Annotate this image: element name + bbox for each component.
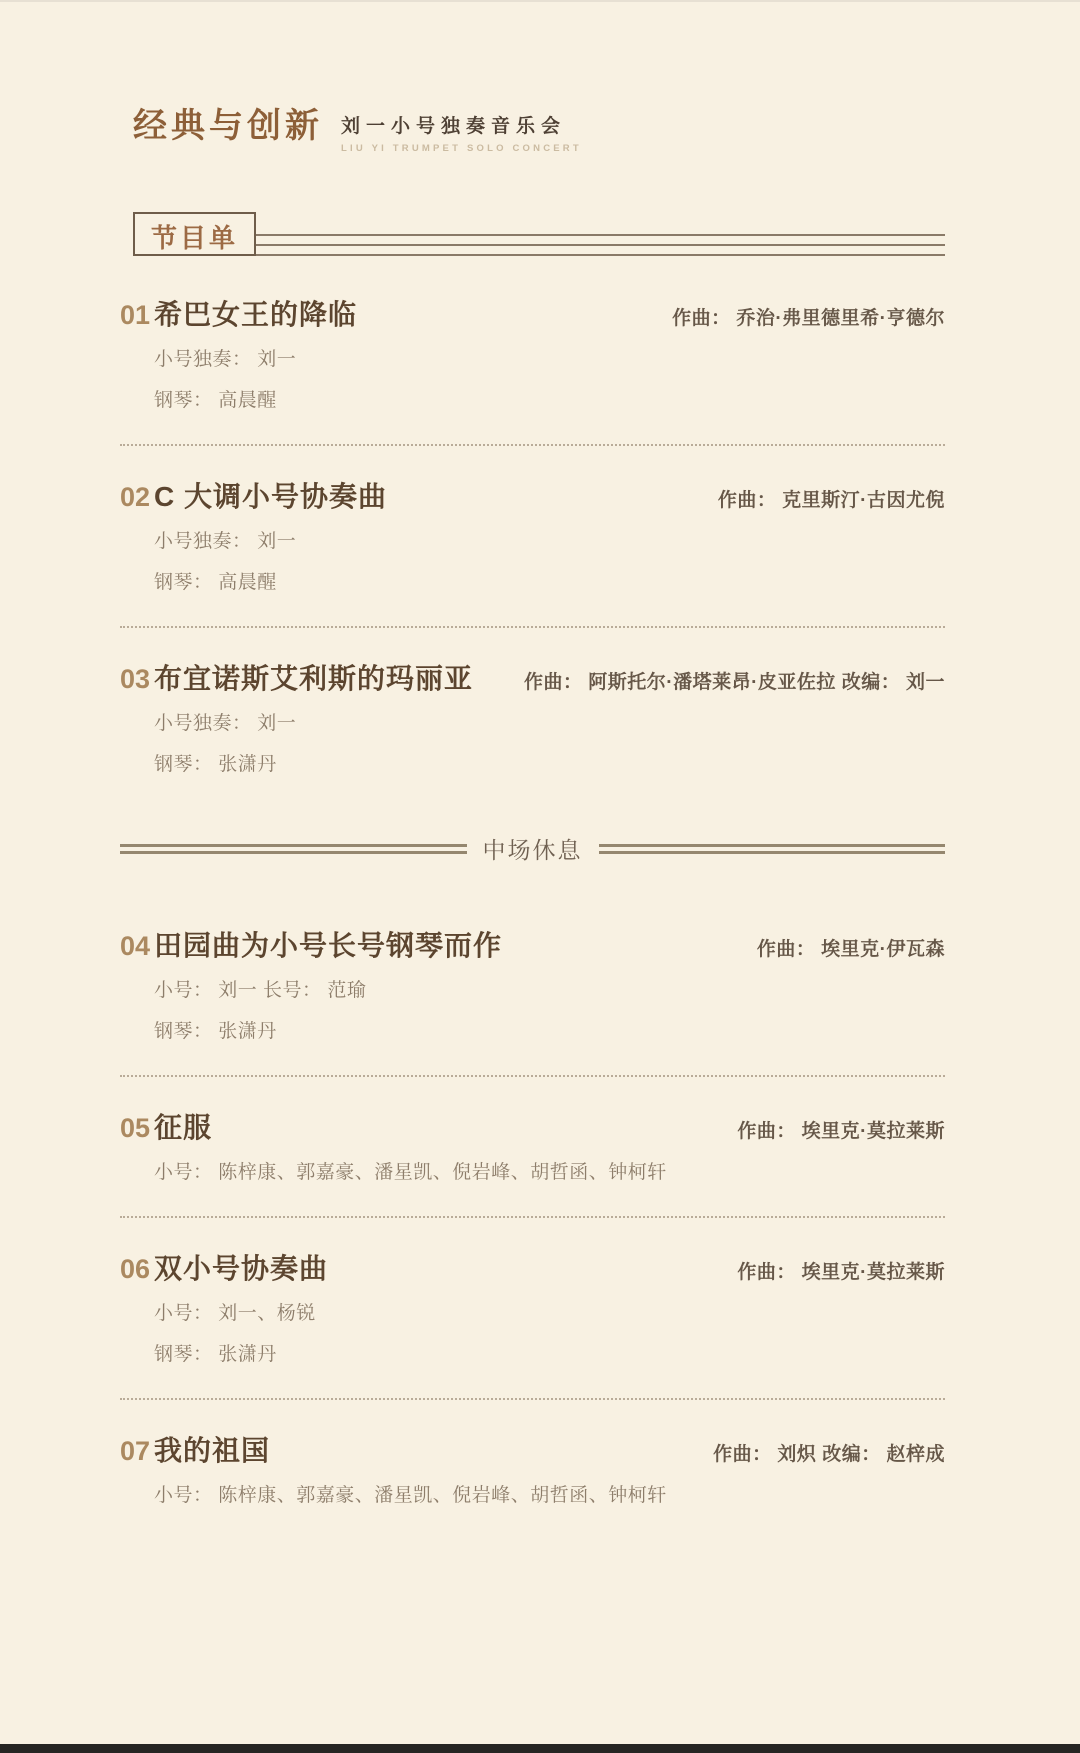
dotted-divider [120,1398,945,1400]
composer-credit: 作曲： 埃里克·莫拉莱斯 [737,1116,945,1143]
piece-title: 双小号协奏曲 [154,1252,328,1286]
dotted-divider [120,1075,945,1077]
intermission-rule-right [599,844,946,854]
brand-title: 经典与创新 [133,108,323,145]
item-title-row: 01 希巴女王的降临 作曲： 乔治·弗里德里希·亨德尔 [120,298,945,332]
item-title-row: 05 征服 作曲： 埃里克·莫拉莱斯 [120,1111,945,1145]
performer-line: 小号独奏： 刘一 [154,529,945,555]
piece-title: 田园曲为小号长号钢琴而作 [154,929,502,963]
program-list: 01 希巴女王的降临 作曲： 乔治·弗里德里希·亨德尔 小号独奏： 刘一 钢琴：… [120,298,945,1509]
program-section-header: 节目单 [133,212,945,256]
concert-name-en: LIU YI TRUMPET SOLO CONCERT [341,143,582,154]
item-number: 03 [120,664,154,695]
item-title-row: 04 田园曲为小号长号钢琴而作 作曲： 埃里克·伊瓦森 [120,929,945,963]
program-item-02: 02 C 大调小号协奏曲 作曲： 克里斯汀·古因尤倪 小号独奏： 刘一 钢琴： … [120,480,945,596]
piece-title: 布宜诺斯艾利斯的玛丽亚 [154,662,473,696]
concert-subtitle: 刘一小号独奏音乐会 LIU YI TRUMPET SOLO CONCERT [341,111,582,154]
performer-line: 小号： 刘一 长号： 范瑜 [154,978,945,1004]
page-top-edge [0,0,1080,2]
item-number: 06 [120,1254,154,1285]
item-title-row: 02 C 大调小号协奏曲 作曲： 克里斯汀·古因尤倪 [120,480,945,514]
program-item-07: 07 我的祖国 作曲： 刘炽 改编： 赵梓成 小号： 陈梓康、郭嘉豪、潘星凯、倪… [120,1434,945,1509]
intermission-rule-left [120,844,467,854]
performer-line: 钢琴： 高晨醒 [154,570,945,596]
program-badge-label: 节目单 [151,218,238,255]
item-title-row: 07 我的祖国 作曲： 刘炽 改编： 赵梓成 [120,1434,945,1468]
program-item-05: 05 征服 作曲： 埃里克·莫拉莱斯 小号： 陈梓康、郭嘉豪、潘星凯、倪岩峰、胡… [120,1111,945,1186]
program-item-04: 04 田园曲为小号长号钢琴而作 作曲： 埃里克·伊瓦森 小号： 刘一 长号： 范… [120,929,945,1045]
performer-line: 钢琴： 张潇丹 [154,1019,945,1045]
item-title-row: 06 双小号协奏曲 作曲： 埃里克·莫拉莱斯 [120,1252,945,1286]
page-bottom-edge [0,1744,1080,1753]
item-number: 02 [120,482,154,513]
rule-line [256,254,945,256]
composer-credit: 作曲： 埃里克·莫拉莱斯 [737,1257,945,1284]
concert-program-page: { "header": { "brand": "经典与创新", "subtitl… [0,0,1080,1753]
concert-name-cn: 刘一小号独奏音乐会 [341,111,582,138]
performer-line: 小号独奏： 刘一 [154,711,945,737]
performer-line: 钢琴： 高晨醒 [154,388,945,414]
performer-line: 小号： 陈梓康、郭嘉豪、潘星凯、倪岩峰、胡哲函、钟柯轩 [154,1160,945,1186]
item-title-row: 03 布宜诺斯艾利斯的玛丽亚 作曲： 阿斯托尔·潘塔莱昂·皮亚佐拉 改编： 刘一 [120,662,945,696]
decorative-rules [256,212,945,256]
intermission-divider: 中场休息 [120,832,945,865]
performer-line: 小号独奏： 刘一 [154,347,945,373]
piece-title: C 大调小号协奏曲 [154,480,387,514]
program-item-06: 06 双小号协奏曲 作曲： 埃里克·莫拉莱斯 小号： 刘一、杨锐 钢琴： 张潇丹 [120,1252,945,1368]
item-number: 04 [120,931,154,962]
item-number: 05 [120,1113,154,1144]
piece-title: 征服 [154,1111,212,1145]
performer-line: 钢琴： 张潇丹 [154,752,945,778]
piece-title: 我的祖国 [154,1434,270,1468]
rule-line [256,244,945,246]
concert-header: 经典与创新 刘一小号独奏音乐会 LIU YI TRUMPET SOLO CONC… [133,108,945,154]
item-number: 07 [120,1436,154,1467]
composer-credit: 作曲： 阿斯托尔·潘塔莱昂·皮亚佐拉 改编： 刘一 [524,667,945,694]
composer-credit: 作曲： 乔治·弗里德里希·亨德尔 [672,303,945,330]
dotted-divider [120,444,945,446]
composer-credit: 作曲： 埃里克·伊瓦森 [757,934,945,961]
performer-line: 小号： 刘一、杨锐 [154,1301,945,1327]
performer-line: 小号： 陈梓康、郭嘉豪、潘星凯、倪岩峰、胡哲函、钟柯轩 [154,1483,945,1509]
program-item-03: 03 布宜诺斯艾利斯的玛丽亚 作曲： 阿斯托尔·潘塔莱昂·皮亚佐拉 改编： 刘一… [120,662,945,778]
performer-line: 钢琴： 张潇丹 [154,1342,945,1368]
piece-title: 希巴女王的降临 [154,298,357,332]
composer-credit: 作曲： 刘炽 改编： 赵梓成 [713,1439,945,1466]
program-item-01: 01 希巴女王的降临 作曲： 乔治·弗里德里希·亨德尔 小号独奏： 刘一 钢琴：… [120,298,945,414]
composer-credit: 作曲： 克里斯汀·古因尤倪 [718,485,945,512]
dotted-divider [120,626,945,628]
program-badge: 节目单 [133,212,256,256]
intermission-label: 中场休息 [467,832,599,865]
rule-line [256,234,945,236]
item-number: 01 [120,300,154,331]
dotted-divider [120,1216,945,1218]
